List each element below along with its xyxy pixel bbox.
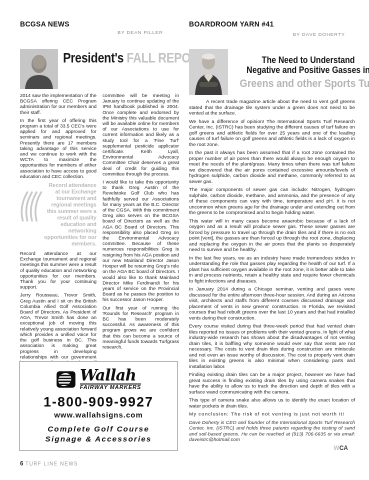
right-article-body: A recent trade magazine article about th… bbox=[189, 99, 355, 451]
section-header-boardroom-yarn: BOARDROOM YARN #41 bbox=[189, 20, 274, 28]
paragraph: 2014 saw the implementation of the BCGSA… bbox=[20, 93, 97, 115]
conclusion-line: My conclusion: The risk of not venting i… bbox=[189, 412, 355, 418]
paragraph: In the past it always has been assumed t… bbox=[189, 150, 355, 185]
paragraph: committee will be meeting in January to … bbox=[103, 93, 180, 177]
paragraph: Record attendance at our Exchange tourna… bbox=[20, 251, 97, 290]
dave-doherty-photo bbox=[189, 49, 228, 95]
section-header-bcgsa-news: BCGSA NEWS bbox=[20, 20, 69, 28]
wallah-brand-block: Wallah FAIRWAY MARKERS bbox=[80, 368, 141, 391]
headshot-silhouette-icon bbox=[20, 49, 58, 89]
byline-dean-piller: BY DEAN PILLER bbox=[20, 30, 163, 36]
wallah-logo-icon bbox=[56, 370, 76, 388]
paragraph: In the first year of offering this progr… bbox=[20, 118, 97, 180]
paragraph: In January 2014 during a Chicago seminar… bbox=[189, 287, 355, 322]
title-gray-line: Greens and other Sports Turf bbox=[240, 77, 369, 90]
article-presidents-fall-report: President's FALL REPORT 2014 saw the imp… bbox=[20, 49, 179, 379]
left-article-column-1: 2014 saw the implementation of the BCGSA… bbox=[20, 93, 97, 379]
left-article-title: President's FALL REPORT bbox=[63, 50, 206, 89]
ad-website-url: www.wallahsigns.com bbox=[20, 411, 177, 420]
end-of-article-mark: WCA bbox=[189, 445, 355, 451]
article-gasses-in-greens: The Need to Understand Negative and Posi… bbox=[189, 49, 355, 451]
paragraph: We have a difference of opinion! The Int… bbox=[189, 119, 355, 148]
president-headshot-photo bbox=[20, 49, 58, 89]
paragraph: In the last five years, we as an industr… bbox=[189, 255, 355, 284]
right-article-header: The Need to Understand Negative and Posi… bbox=[189, 49, 355, 95]
wallah-brand-subtitle: FAIRWAY MARKERS bbox=[80, 384, 141, 391]
page-footer: 6 TURF LINE NEWS bbox=[20, 460, 78, 467]
left-article-header: President's FALL REPORT bbox=[20, 49, 179, 89]
ad-tagline-line-2: Signage & Accessories bbox=[20, 435, 177, 445]
paragraph: The major components of sewer gas can in… bbox=[189, 187, 355, 216]
title-presidents: President's bbox=[63, 50, 124, 66]
paragraph: A recent trade magazine article about th… bbox=[189, 99, 355, 116]
paragraph: I would like to take this opportunity to… bbox=[103, 180, 180, 303]
pull-quote-text: Record attendance at our Exchange tourna… bbox=[43, 183, 97, 248]
magazine-page: BCGSA NEWS BY DEAN PILLER BOARDROOM YARN… bbox=[0, 0, 369, 480]
title-line-1: The Need to Understand bbox=[238, 55, 369, 65]
ad-tagline-line-1: Complete Golf Course bbox=[20, 425, 177, 435]
paragraph: Every course visited during that three-w… bbox=[189, 324, 355, 370]
right-article-title: The Need to Understand Negative and Posi… bbox=[232, 55, 369, 95]
portrait-silhouette-icon bbox=[189, 49, 228, 95]
ad-tagline: Complete Golf Course Signage & Accessori… bbox=[20, 425, 177, 445]
title-line-2: Negative and Positive Gasses in bbox=[238, 65, 369, 75]
left-article-column-2: committee will be meeting in January to … bbox=[103, 93, 180, 379]
end-mark-dark: CA bbox=[339, 444, 348, 451]
ad-phone-number: 1-800-909-9927 bbox=[20, 395, 177, 411]
wallah-logo-row: Wallah FAIRWAY MARKERS bbox=[20, 368, 177, 391]
fan-decoration-icon bbox=[20, 190, 43, 222]
pull-quote: Record attendance at our Exchange tourna… bbox=[20, 183, 97, 248]
paragraph: This type of camera snake also allows us… bbox=[189, 398, 355, 410]
paragraph: Finding existing drain tiles can be a ma… bbox=[189, 372, 355, 395]
page-number: 6 bbox=[20, 460, 23, 467]
wallah-brand-name: Wallah bbox=[80, 368, 141, 383]
left-article-columns: 2014 saw the implementation of the BCGSA… bbox=[20, 93, 179, 379]
byline-dave-doherty: BY DAVE DOHERTY bbox=[189, 32, 345, 38]
wallah-advertisement: Wallah FAIRWAY MARKERS 1-800-909-9927 ww… bbox=[19, 361, 178, 451]
paragraph: Our first year of running the 'Rounds fo… bbox=[103, 305, 180, 350]
publication-name: TURF LINE NEWS bbox=[25, 462, 78, 468]
author-bio: Dave Doherty is CEO and founder of the I… bbox=[189, 420, 355, 443]
paragraph: This water will in many cases become ana… bbox=[189, 218, 355, 253]
